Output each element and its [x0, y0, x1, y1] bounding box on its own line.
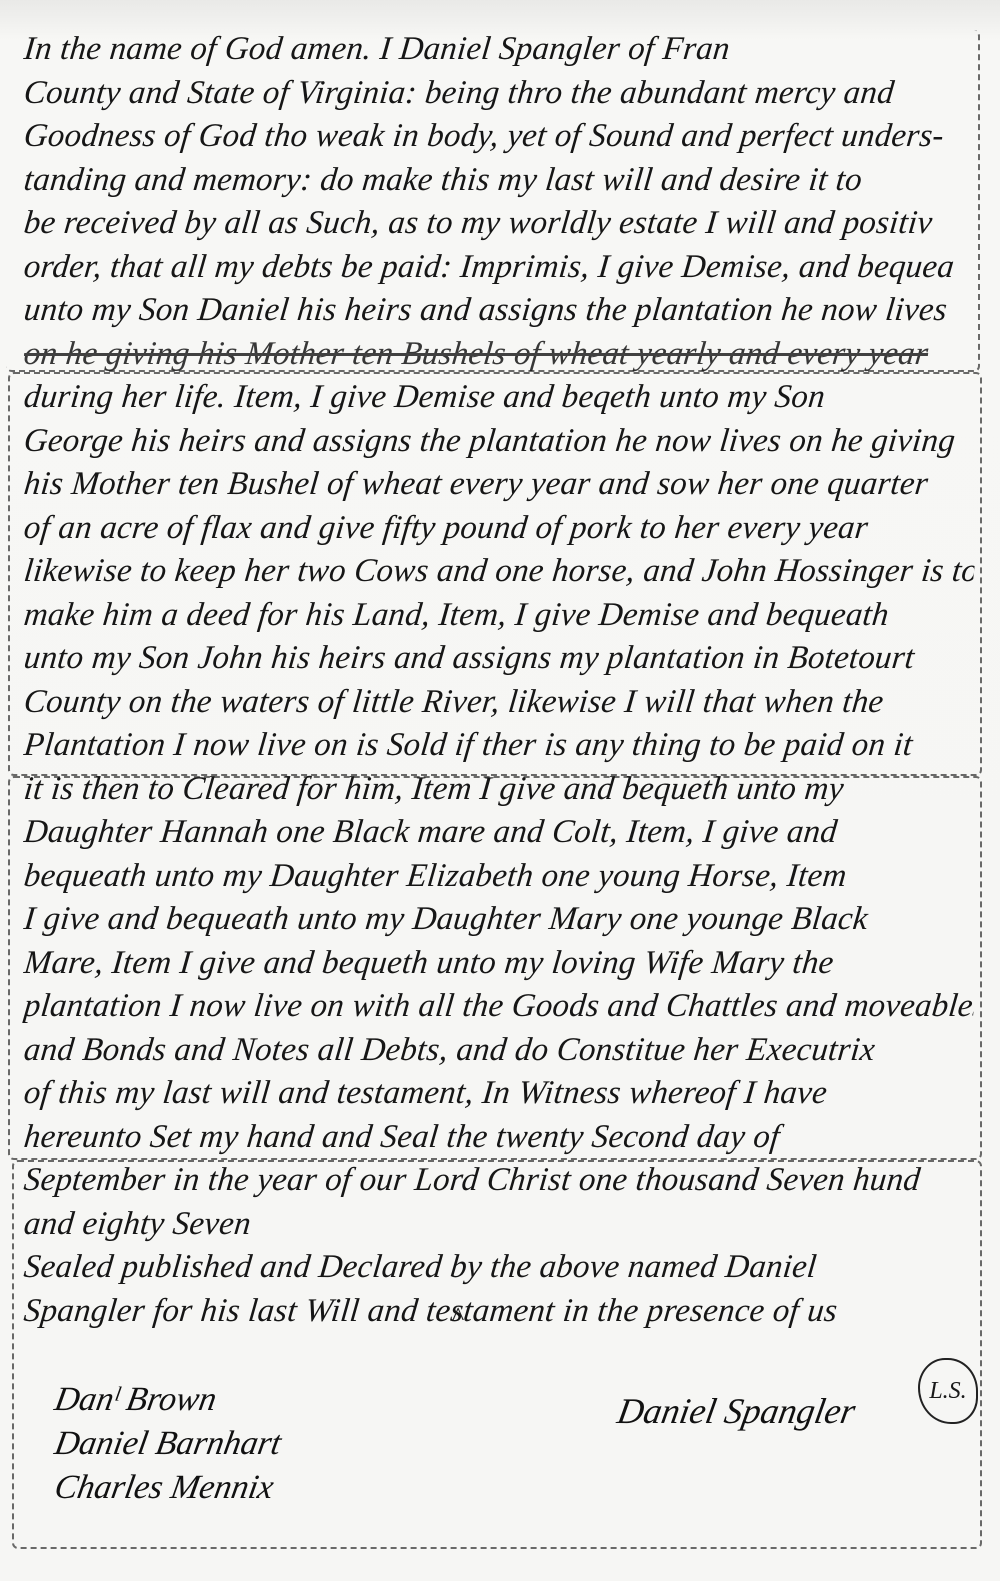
text-line: Spangler for his last Will and testament… — [22, 1290, 977, 1334]
text-line: In the name of God amen. I Daniel Spangl… — [22, 28, 977, 72]
insertion-caret-mark: ^ — [452, 1302, 464, 1332]
text-line: be received by all as Such, as to my wor… — [22, 202, 977, 246]
text-line: hereunto Set my hand and Seal the twenty… — [22, 1116, 977, 1160]
text-line: it is then to Cleared for him, Item I gi… — [22, 768, 977, 812]
text-line: Sealed published and Declared by the abo… — [22, 1246, 977, 1290]
text-line: bequeath unto my Daughter Elizabeth one … — [22, 855, 977, 899]
text-line: Daughter Hannah one Black mare and Colt,… — [22, 811, 977, 855]
text-line: County and State of Virginia: being thro… — [22, 72, 977, 116]
text-line: tanding and memory: do make this my last… — [22, 159, 977, 203]
text-line: order, that all my debts be paid: Imprim… — [22, 246, 977, 290]
witness-signatures: Danˡ Brown Daniel Barnhart Charles Menni… — [55, 1378, 281, 1510]
text-line: County on the waters of little River, li… — [22, 681, 977, 725]
text-line: plantation I now live on with all the Go… — [22, 985, 977, 1029]
text-line: during her life. Item, I give Demise and… — [22, 376, 977, 420]
text-line: likewise to keep her two Cows and one ho… — [22, 550, 977, 594]
text-line: his Mother ten Bushel of wheat every yea… — [22, 463, 977, 507]
will-page: In the name of God amen. I Daniel Spangl… — [0, 0, 1000, 1581]
seal-mark: L.S. — [918, 1358, 978, 1424]
testator-signature: Daniel Spangler — [614, 1390, 858, 1432]
text-line: of an acre of flax and give fifty pound … — [22, 507, 977, 551]
text-line: and eighty Seven — [22, 1203, 977, 1247]
text-line: Goodness of God tho weak in body, yet of… — [22, 115, 977, 159]
witness-signature: Daniel Barnhart — [51, 1422, 284, 1466]
text-line: I give and bequeath unto my Daughter Mar… — [22, 898, 977, 942]
text-line: of this my last will and testament, In W… — [22, 1072, 977, 1116]
text-line: and Bonds and Notes all Debts, and do Co… — [22, 1029, 977, 1073]
struck-text-line: on he giving his Mother ten Bushels of w… — [22, 333, 977, 377]
text-line: September in the year of our Lord Christ… — [22, 1159, 977, 1203]
text-line: unto my Son Daniel his heirs and assigns… — [22, 289, 977, 333]
text-line: make him a deed for his Land, Item, I gi… — [22, 594, 977, 638]
text-line: Mare, Item I give and bequeth unto my lo… — [22, 942, 977, 986]
will-body-text: In the name of God amen. I Daniel Spangl… — [24, 28, 974, 1333]
witness-signature: Charles Mennix — [51, 1466, 284, 1510]
seal-text: L.S. — [929, 1378, 966, 1405]
text-line: unto my Son John his heirs and assigns m… — [22, 637, 977, 681]
witness-signature: Danˡ Brown — [51, 1378, 284, 1422]
text-line: Plantation I now live on is Sold if ther… — [22, 724, 977, 768]
text-line: George his heirs and assigns the plantat… — [22, 420, 977, 464]
